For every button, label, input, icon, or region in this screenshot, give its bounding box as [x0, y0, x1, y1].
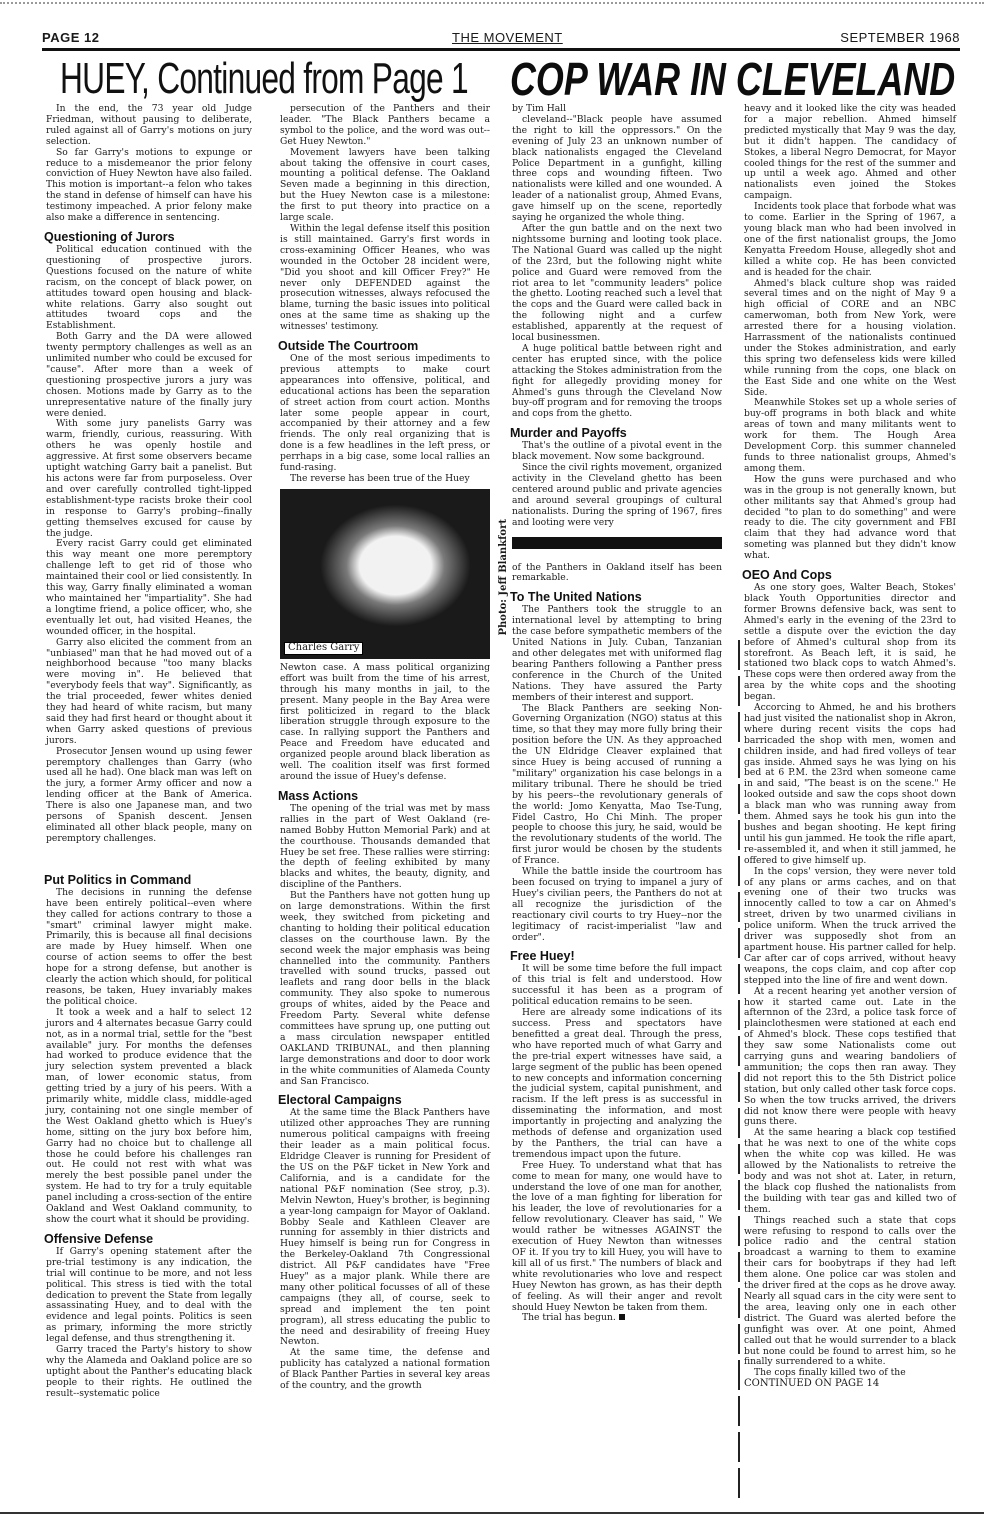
column-3: by Tim Hall cleveland--"Black people hav…: [512, 104, 722, 1324]
paragraph: In the end, the 73 year old Judge Friedm…: [46, 104, 252, 148]
subheading-oeo-cops: OEO And Cops: [742, 568, 956, 582]
paragraph: How the guns were purchased and who was …: [744, 475, 956, 562]
paragraph: Things reached such a state that cops we…: [744, 1216, 956, 1369]
photo-credit: Photo: Jeff Blankfort: [499, 519, 510, 636]
paragraph: The reverse has been true of the Huey: [280, 474, 490, 485]
charles-garry-photo: Charles Garry Photo: Jeff Blankfort: [280, 489, 490, 659]
paragraph: Free Huey. To understand what that has c…: [512, 1161, 722, 1314]
paragraph: The Panthers took the struggle to an int…: [512, 605, 722, 703]
paragraph: Incidents took place that forbode what w…: [744, 202, 956, 278]
huey-column-2: persecution of the Panthers and their le…: [280, 104, 490, 1392]
subheading-murder-payoffs: Murder and Payoffs: [510, 426, 722, 440]
cleveland-column-4: heavy and it looked like the city was he…: [744, 104, 956, 1390]
paragraph: The Black Panthers are seeking Non-Gover…: [512, 704, 722, 868]
paragraph: It will be some time before the full imp…: [512, 964, 722, 1008]
paragraph: One of the most serious impediments to p…: [280, 354, 490, 474]
subheading-offensive-defense: Offensive Defense: [44, 1232, 252, 1246]
page-number: PAGE 12: [42, 30, 99, 45]
page-top-border: [0, 2, 984, 7]
paragraph: Every racist Garry could get eliminated …: [46, 539, 252, 637]
huey-column-1: In the end, the 73 year old Judge Friedm…: [46, 104, 252, 1400]
paragraph: In the cops' version, they were never to…: [744, 867, 956, 987]
paragraph: persecution of the Panthers and their le…: [280, 104, 490, 148]
publication-name: THE MOVEMENT: [452, 30, 563, 45]
paragraph: With some jury panelists Garry was warm,…: [46, 419, 252, 539]
continued-on-link[interactable]: CONTINUED ON PAGE 14: [744, 1379, 956, 1390]
paragraph: While the battle inside the courtroom ha…: [512, 867, 722, 943]
paragraph: heavy and it looked like the city was he…: [744, 104, 956, 202]
paragraph: Garry traced the Party's history to show…: [46, 1345, 252, 1400]
paragraph: But the Panthers have not gotten hung up…: [280, 891, 490, 1087]
paragraph: Garry also elicited the comment from an …: [46, 638, 252, 747]
paragraph: At the same time the Black Panthers have…: [280, 1108, 490, 1348]
subheading-put-politics: Put Politics in Command: [44, 873, 252, 887]
photo-caption: Charles Garry: [284, 642, 363, 655]
paragraph: It took a week and a half to select 12 j…: [46, 1008, 252, 1226]
paragraph: A huge political battle between right an…: [512, 344, 722, 420]
paragraph: As one story goes, Walter Beach, Stokes'…: [744, 583, 956, 703]
paragraph: Prosecutor Jensen wound up using fewer p…: [46, 747, 252, 845]
paragraph: The decisions in running the defense hav…: [46, 888, 252, 1008]
end-mark-icon: [619, 1314, 625, 1320]
paragraph: Since the civil rights movement, organiz…: [512, 463, 722, 528]
paragraph: Movement lawyers have been talking about…: [280, 148, 490, 224]
subheading-mass-actions: Mass Actions: [278, 789, 490, 803]
paragraph: Within the legal defense itself this pos…: [280, 224, 490, 333]
page-bottom-rule: [0, 1512, 984, 1514]
cleveland-headline: COP WAR IN CLEVELAND: [510, 52, 955, 106]
paragraph: Both Garry and the DA were allowed twent…: [46, 332, 252, 419]
paragraph: Accorcing to Ahmed, he and his brothers …: [744, 703, 956, 867]
article-divider-bar: [512, 537, 722, 549]
paragraph: If Garry's opening statement after the p…: [46, 1247, 252, 1345]
paragraph: After the gun battle and on the next two…: [512, 224, 722, 344]
paragraph: Meanwhile Stokes set up a whole series o…: [744, 398, 956, 474]
paragraph: At the same hearing a black cop testifie…: [744, 1128, 956, 1215]
paragraph: That's the outline of a pivotal event in…: [512, 441, 722, 463]
closing-text: The trial has begun.: [522, 1312, 616, 1323]
subheading-united-nations: To The United Nations: [510, 590, 722, 604]
subheading-questioning-jurors: Questioning of Jurors: [44, 230, 252, 244]
paragraph: Political education continued with the q…: [46, 245, 252, 332]
paragraph: of the Panthers in Oakland itself has be…: [512, 563, 722, 585]
masthead-rule: [42, 48, 960, 51]
paragraph: Here are already some indications of its…: [512, 1008, 722, 1161]
paragraph: Ahmed's black culture shop was raided se…: [744, 279, 956, 399]
closing-paragraph: The trial has begun.: [512, 1313, 722, 1324]
paragraph: At a recent hearing yet another version …: [744, 987, 956, 1129]
paragraph: Newton case. A mass political organizing…: [280, 663, 490, 783]
paragraph: So far Garry's motions to expunge or red…: [46, 148, 252, 224]
subheading-outside-courtroom: Outside The Courtroom: [278, 339, 490, 353]
paragraph: At the same time, the defense and public…: [280, 1348, 490, 1392]
subheading-free-huey: Free Huey!: [510, 949, 722, 963]
issue-date: SEPTEMBER 1968: [840, 30, 960, 45]
column-divider-rule: [738, 640, 740, 1500]
subheading-electoral-campaigns: Electoral Campaigns: [278, 1093, 490, 1107]
masthead: PAGE 12 THE MOVEMENT SEPTEMBER 1968: [42, 30, 960, 48]
paragraph: The opening of the trial was met by mass…: [280, 804, 490, 891]
huey-headline: HUEY, Continued from Page 1: [60, 54, 468, 104]
paragraph: cleveland--"Black people have assumed th…: [512, 115, 722, 224]
